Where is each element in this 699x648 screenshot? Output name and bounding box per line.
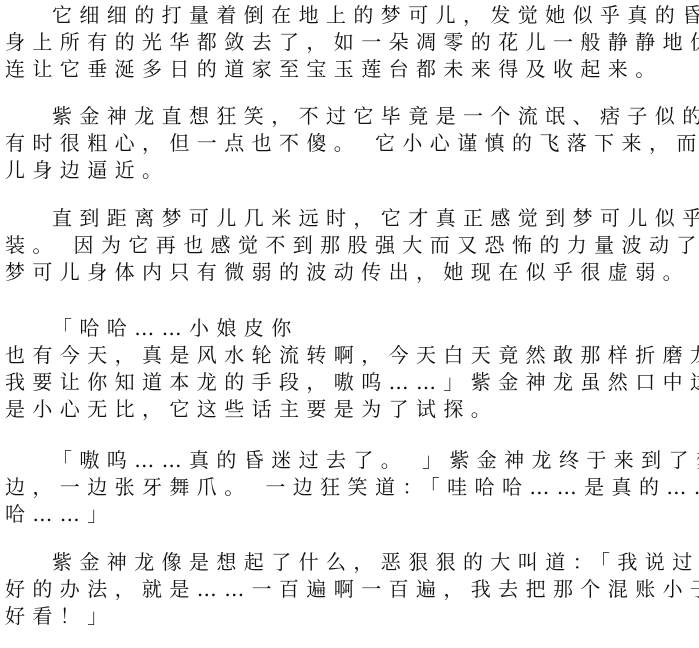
text-line: 「哈哈……小娘皮你 — [52, 316, 299, 340]
text-line: 是小心无比，它这些话主要是为了试探。 — [5, 397, 498, 421]
text-line: 紫金神龙直想狂笑，不过它毕竟是一个流氓、痞子似的怪龙，虽然 — [52, 104, 699, 128]
text-line: 好的办法，就是……一百遍啊一百遍，我去把那个混账小子找来，让你 — [5, 577, 699, 601]
scanned-text-page: 它细细的打量着倒在地上的梦可儿，发觉她似乎真的昏迷了过去， 身上所有的光华都敛去… — [0, 0, 699, 648]
text-line: 有时很粗心，但一点也不傻。 它小心谨慎的飞落下来，而后慢慢向梦可 — [5, 131, 699, 155]
text-line: 连让它垂涎多日的道家至宝玉莲台都未来得及收起来。 — [5, 57, 663, 81]
text-line: 梦可儿身体内只有微弱的波动传出，她现在似乎很虚弱。 — [5, 260, 690, 284]
text-line: 紫金神龙像是想起了什么，恶狠狠的大叫道：「我说过，报复你最 — [52, 550, 699, 574]
text-line: 我要让你知道本龙的手段，嗷呜……」紫金神龙虽然口中这么说，但还 — [5, 370, 699, 394]
text-line: 儿身边逼近。 — [5, 158, 169, 182]
text-line: 边，一边张牙舞爪。 一边狂笑道：「哇哈哈……是真的……哇哈 — [5, 475, 699, 499]
text-line: 直到距离梦可儿几米远时，它才真正感觉到梦可儿似乎并不是伪 — [52, 206, 699, 230]
text-line: 好看！」 — [5, 604, 115, 628]
text-line: 也有今天，真是风水轮流转啊，今天白天竟然敢那样折磨龙大人，今天 — [5, 343, 699, 367]
text-line: 装。 因为它再也感觉不到那股强大而又恐怖的力量波动了，相反此时地 — [5, 233, 699, 257]
text-line: 「嗷呜……真的昏迷过去了。 」紫金神龙终于来到了梦可儿的身 — [52, 448, 699, 472]
text-line: 哈……」 — [5, 502, 115, 526]
text-line: 身上所有的光华都敛去了，如一朵凋零的花儿一般静静地伏在地上，就 — [5, 30, 699, 54]
text-line: 它细细的打量着倒在地上的梦可儿，发觉她似乎真的昏迷了过去， — [52, 3, 699, 27]
